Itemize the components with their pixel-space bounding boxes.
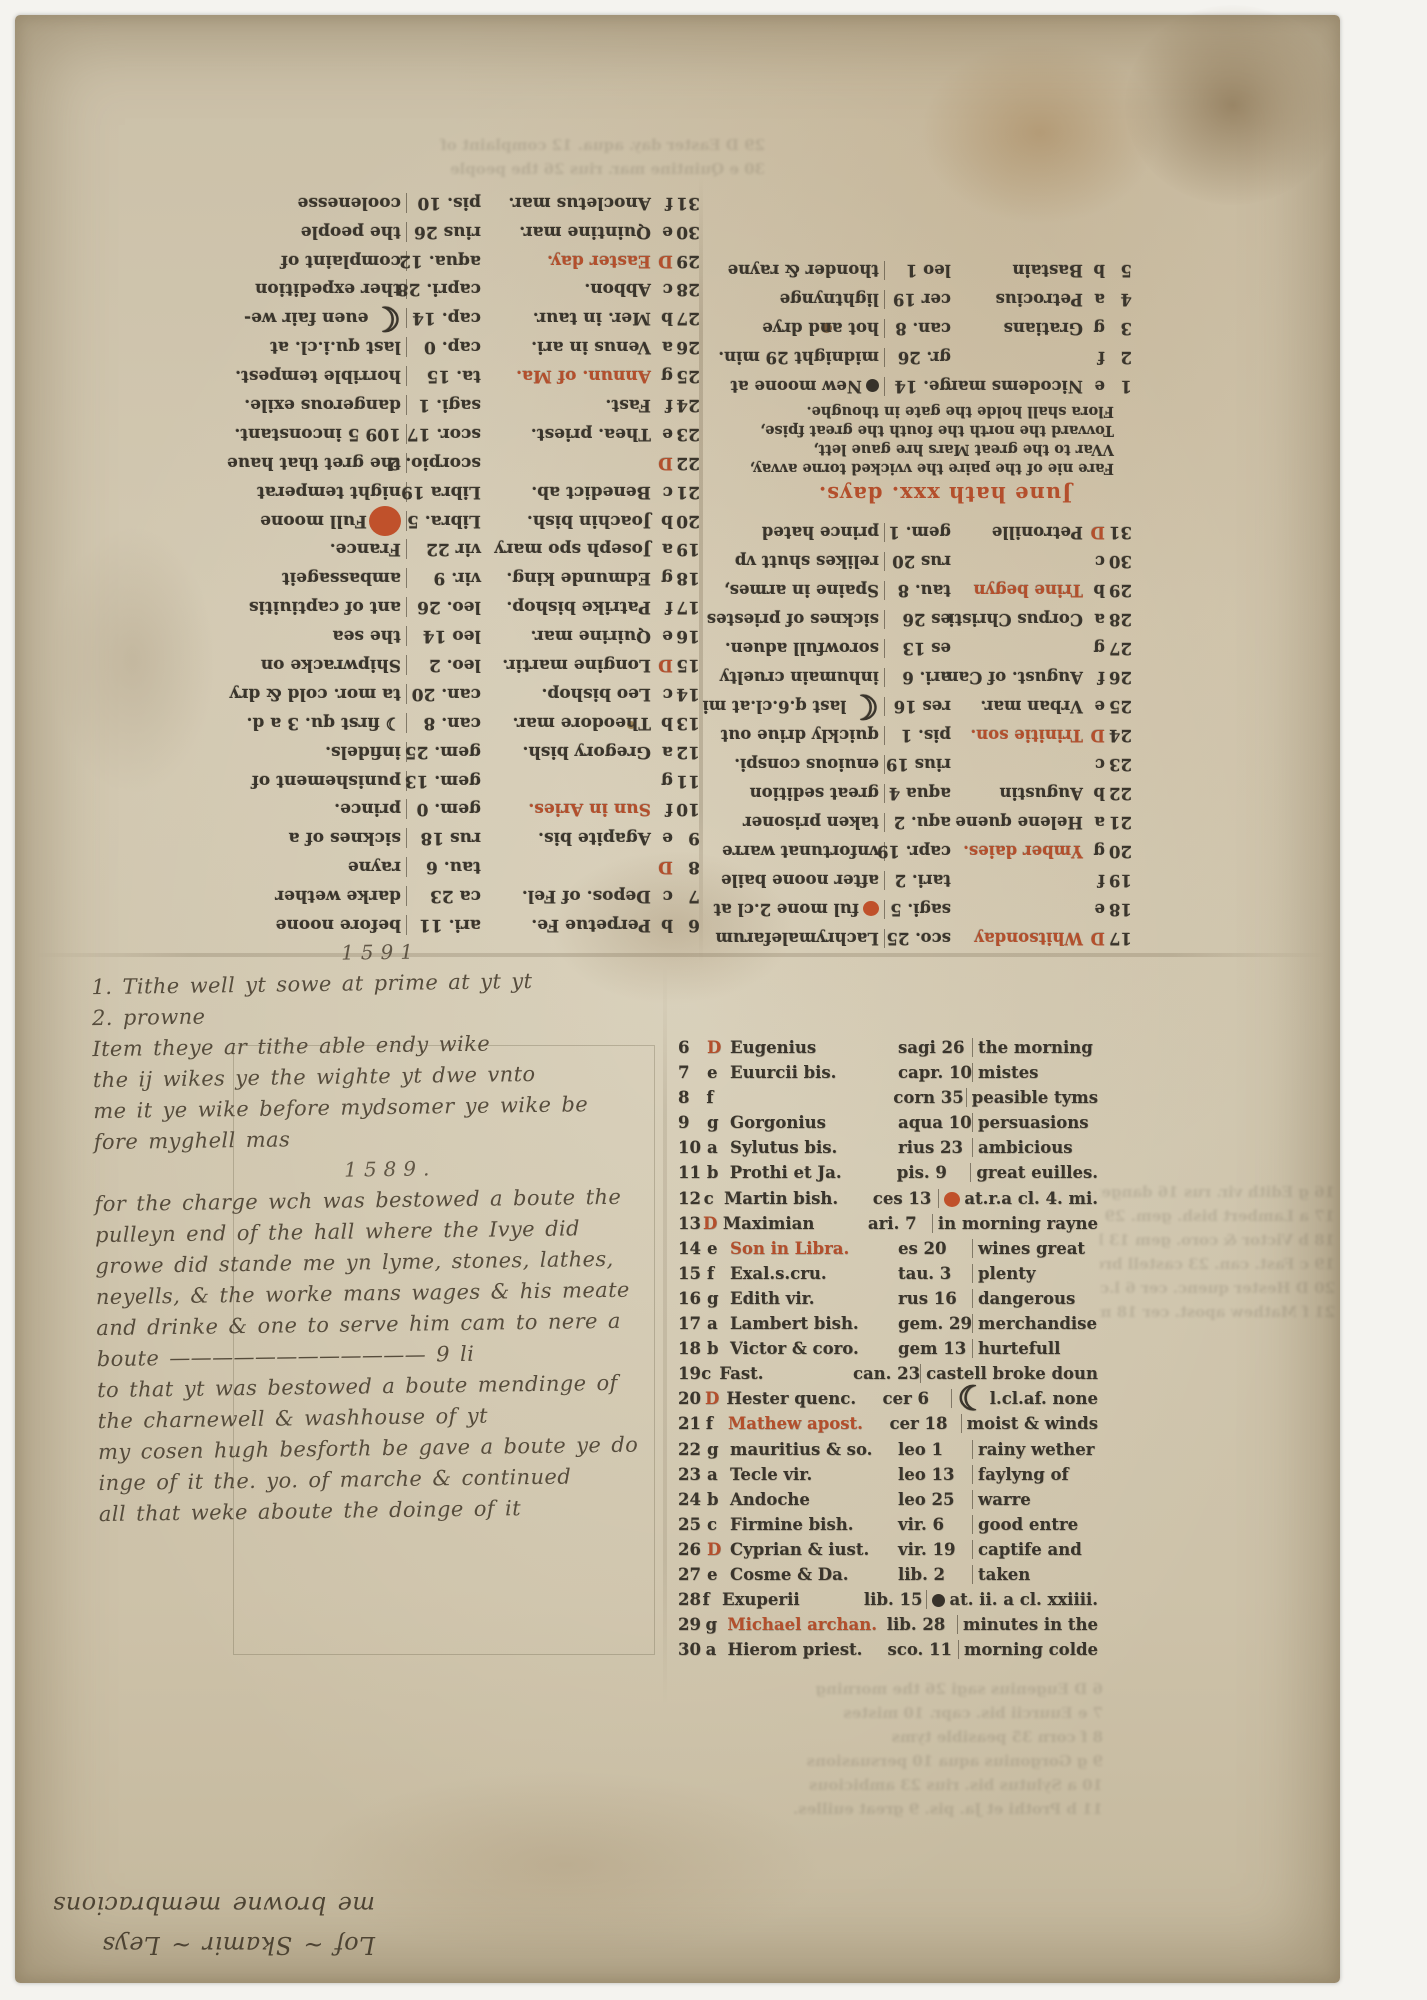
zodiac-degree: leo 14 <box>407 626 481 646</box>
calendar-row: 11bProthi et Ja.pis. 9great euilles. <box>678 1163 1098 1188</box>
day-number: 21 <box>678 1414 706 1433</box>
dominical-letter: e <box>1083 900 1105 919</box>
crescent-moon-icon: ☾ <box>957 1379 987 1419</box>
feast-name: Trinitie son. <box>951 726 1083 745</box>
calendar-row: 23crius 19enuious conspi. <box>700 745 1132 774</box>
feast-name: Edmunde king. <box>481 568 651 588</box>
dominical-letter: g <box>707 1289 730 1308</box>
dominical-letter: c <box>651 684 673 704</box>
day-number: 12 <box>678 1189 704 1208</box>
may-june-calendar-block: 17DWhitsondaysco. 25Lachrymalefarum18esa… <box>700 180 1132 948</box>
day-number: 17 <box>678 1314 707 1333</box>
day-number: 11 <box>673 771 700 791</box>
prognostication: moist & winds <box>961 1414 1098 1433</box>
dominical-letter: e <box>707 1239 730 1258</box>
prognostication: darke wether <box>183 886 407 906</box>
inscription-line: me browne membracions <box>75 1885 375 1925</box>
prognostication: vnfortunat warre <box>700 842 885 861</box>
feast-name: Depos. of Fel. <box>481 886 651 906</box>
parchment-sheet: 29 D Easter day. aqua. 12 complaint of30… <box>15 15 1340 1983</box>
day-number: 5 <box>1105 261 1132 280</box>
dominical-letter: e <box>707 1063 730 1082</box>
zodiac-degree: tau. 8 <box>885 581 951 600</box>
calendar-row: 17fPatrike bishop.leo. 26ant of captiuit… <box>183 588 700 617</box>
calendar-row: 21fMathew apost.cer 18moist & winds <box>678 1414 1098 1439</box>
zodiac-degree: gem. 29 <box>898 1314 972 1333</box>
zodiac-degree: gem. 1 <box>885 523 951 542</box>
day-number: 13 <box>678 1214 703 1233</box>
dominical-letter: b <box>651 511 673 531</box>
show-through-line: 10 a Sylutus bis. rius 23 ambicious <box>623 1773 1103 1797</box>
calendar-row: 18gEdmunde king.vir. 9ambassageit <box>183 559 700 588</box>
zodiac-degree: gem. 25 <box>407 742 481 762</box>
calendar-row: 25cFirmine bish.vir. 6good entre <box>678 1515 1098 1540</box>
calendar-row: 19cFast.can. 23castell broke doun <box>678 1364 1098 1389</box>
calendar-row: 9gGorgoniusaqua 10persuasions <box>678 1113 1098 1138</box>
feast-name: Cyprian & iust. <box>730 1540 898 1559</box>
prognostication: sicknes of priestes <box>700 610 885 629</box>
zodiac-degree: can. 23 <box>853 1364 920 1383</box>
calendar-row: 7cDepos. of Fel.ca 23darke wether <box>183 877 700 906</box>
dominical-letter: g <box>707 1113 730 1132</box>
day-number: 15 <box>673 655 700 675</box>
calendar-row: 27eCosme & Da.lib. 2taken <box>678 1565 1098 1590</box>
dominical-letter: b <box>707 1490 730 1509</box>
day-number: 29 <box>678 1615 706 1634</box>
dominical-letter: g <box>707 1440 730 1459</box>
zodiac-degree: cer 18 <box>890 1414 961 1433</box>
prognostication: captife and <box>972 1540 1098 1559</box>
zodiac-degree: pis. 10 <box>407 193 481 213</box>
zodiac-degree: rius 19 <box>885 755 951 774</box>
calendar-row: 24fFast.sagi. 1dangerous exile. <box>183 386 700 415</box>
zodiac-degree: cer 6 <box>882 1389 951 1408</box>
zodiac-degree: leo 1 <box>898 1440 972 1459</box>
calendar-row: 10fSun in Aries.gem. 0prince. <box>183 791 700 820</box>
prognostication: wines great <box>972 1239 1098 1258</box>
zodiac-degree: ari. 6 <box>885 668 951 687</box>
zodiac-degree: rius 26 <box>407 222 481 242</box>
prognostication: merchandise <box>972 1314 1098 1333</box>
feast-name: Thea. priest. <box>481 424 651 444</box>
dominical-letter: g <box>651 366 673 386</box>
day-number: 30 <box>678 1640 706 1659</box>
feast-name: Easter day. <box>481 251 651 271</box>
calendar-row: 8Dtau. 6rayne <box>183 848 700 877</box>
zodiac-degree: leo 13 <box>898 1465 972 1484</box>
calendar-row: 31DPetronillegem. 1prince hated <box>700 513 1132 542</box>
inscription-line: Lof ~ Skamir ~ Leys <box>75 1925 375 1965</box>
calendar-row: 17DWhitsondaysco. 25Lachrymalefarum <box>700 919 1132 948</box>
dominical-letter: a <box>707 1314 730 1333</box>
prognostication: persuasions <box>972 1113 1098 1132</box>
full-moon-icon <box>369 506 401 536</box>
show-through-line: 9 g Gorgonius aqua 10 persuasions <box>623 1749 1103 1773</box>
zodiac-degree: pis. 1 <box>885 726 951 745</box>
feast-name: Lambert bish. <box>730 1314 898 1333</box>
zodiac-degree: vir. 19 <box>898 1540 972 1559</box>
feast-name: Michael archan. <box>727 1615 886 1634</box>
zodiac-degree: ari. 11 <box>407 915 481 935</box>
calendar-row: 26fAugust. of Can.ari. 6inhumain cruelty <box>700 658 1132 687</box>
zodiac-degree: gem. 13 <box>407 771 481 791</box>
zodiac-degree: rus 16 <box>898 1289 972 1308</box>
zodiac-degree: cer 19 <box>885 290 951 309</box>
calendar-row: 30aHierom priest.sco. 11morning colde <box>678 1640 1098 1665</box>
prognostication: ☾euen fair we- <box>183 308 407 328</box>
prognostication: inhumain cruelty <box>700 668 885 687</box>
day-number: 16 <box>673 626 700 646</box>
dominical-letter: c <box>1083 755 1105 774</box>
dominical-letter: f <box>706 1414 728 1433</box>
feast-name: Maximian <box>723 1214 868 1233</box>
calendar-row: 4aPetrociuscer 19lightnynge <box>700 280 1132 309</box>
day-number: 21 <box>673 482 700 502</box>
september-calendar-block: 6DEugeniussagi 26the morning7eEuurcii bi… <box>678 1038 1098 1668</box>
dominical-letter: D <box>703 1214 723 1233</box>
verso-show-through-bottom: 6 D Eugenius sagi 26 the morning7 e Euur… <box>623 1677 1103 1827</box>
prognostication: morning colde <box>958 1640 1098 1659</box>
feast-name: Benedict ab. <box>481 482 651 502</box>
feast-name: August. of Can. <box>951 668 1083 687</box>
feast-name: Cosme & Da. <box>730 1565 898 1584</box>
calendar-row: 29gMichael archan.lib. 28minutes in the <box>678 1615 1098 1640</box>
dominical-letter: g <box>651 568 673 588</box>
prognostication: ambicious <box>972 1138 1098 1157</box>
calendar-row: 20DHester quenc.cer 6☾l.cl.af. none <box>678 1389 1098 1414</box>
prognostication: prince hated <box>700 523 885 542</box>
prognostication: quickly driue out <box>700 726 885 745</box>
prognostication: rayne <box>183 857 407 877</box>
march-calendar-block: 6bPerpetue Fe.ari. 11before noone7cDepos… <box>183 183 700 935</box>
moon-phase-icon <box>944 1192 960 1207</box>
zodiac-degree: es 13 <box>885 639 951 658</box>
dominical-letter: b <box>651 915 673 935</box>
calendar-row: 31fAnocletus mar.pis. 10coolenesse <box>183 184 700 213</box>
zodiac-degree: rius 23 <box>898 1138 972 1157</box>
zodiac-degree: scorpio. 2 <box>407 453 481 473</box>
day-number: 3 <box>1105 319 1132 338</box>
feast-name: Helene quene <box>951 813 1083 832</box>
prognostication: ambassageit <box>183 568 407 588</box>
dominical-letter: g <box>706 1615 728 1634</box>
calendar-row: 13DMaximianari. 7in morning rayne <box>678 1214 1098 1239</box>
feast-name: Ymber daies. <box>951 842 1083 861</box>
feast-name: Hierom priest. <box>728 1640 888 1659</box>
calendar-row: 26DCyprian & iust.vir. 19captife and <box>678 1540 1098 1565</box>
dominical-letter: e <box>651 626 673 646</box>
day-number: 28 <box>678 1590 703 1609</box>
calendar-row: 26aVenus in ari.cap. 0last qu.i.cl. at <box>183 328 700 357</box>
zodiac-degree: can. 20 <box>407 684 481 704</box>
day-number: 14 <box>678 1239 707 1258</box>
dominical-letter: c <box>707 1515 730 1534</box>
feast-name: Theodore mar. <box>481 713 651 733</box>
day-number: 26 <box>678 1540 707 1559</box>
dominical-letter: e <box>1083 377 1105 396</box>
prognostication: ☾last q.6.cl.at mi <box>700 697 885 716</box>
feast-name: Anocletus mar. <box>481 193 651 213</box>
day-number: 18 <box>678 1339 707 1358</box>
prognostication: Lachrymalefarum <box>700 929 885 948</box>
zodiac-degree: tau. 3 <box>898 1264 972 1283</box>
calendar-row: 29DEaster day.aqua. 12complaint of <box>183 242 700 271</box>
dominical-letter: f <box>703 1590 722 1609</box>
zodiac-degree: sco. 25 <box>885 929 951 948</box>
day-number: 4 <box>1105 290 1132 309</box>
prognostication: mistes <box>972 1063 1098 1082</box>
calendar-row: 14cLeo bishop.can. 20ta mor. cold & dry <box>183 675 700 704</box>
dominical-letter: f <box>1083 668 1105 687</box>
calendar-row: 20gYmber daies.capr. 19vnfortunat warre <box>700 832 1132 861</box>
prognostication: castell broke doun <box>920 1364 1098 1383</box>
feast-name: Mathew apost. <box>728 1414 890 1433</box>
prognostication: the sea <box>183 626 407 646</box>
day-number: 6 <box>678 1038 707 1057</box>
calendar-row: 25eVrban mar.res 16☾last q.6.cl.at mi <box>700 687 1132 716</box>
dominical-letter: a <box>1083 610 1105 629</box>
show-through-line: 16 g Edith vir. rus 16 dangerous <box>1100 1180 1335 1204</box>
dominical-letter: D <box>651 453 673 473</box>
zodiac-degree: ge. 14 <box>885 377 951 396</box>
feast-name: Agapite bis. <box>481 828 651 848</box>
dominical-letter: f <box>651 395 673 415</box>
zodiac-degree: Libra. 5 <box>407 511 481 531</box>
dominical-letter: g <box>1083 842 1105 861</box>
prognostication: warre <box>972 1490 1098 1509</box>
crescent-moon-icon: ☾ <box>849 686 879 726</box>
dominical-letter: g <box>1083 639 1105 658</box>
prognostication: ful mone 2.cl at <box>700 900 885 919</box>
show-through-line: 7 e Euurcii bis. capr. 10 mistes <box>623 1701 1103 1725</box>
zodiac-degree: leo. 2 <box>407 655 481 675</box>
new-moon-icon <box>932 1594 945 1607</box>
feast-name: Joseph spo mary <box>481 539 651 559</box>
calendar-row: 13bTheodore mar.can. 8☽ first qu. 3 a d. <box>183 704 700 733</box>
zodiac-degree: scor. 17 <box>407 424 481 444</box>
day-number: 24 <box>673 395 700 415</box>
dominical-letter: c <box>651 279 673 299</box>
calendar-row: 3gGratianscan. 8hot and drye <box>700 309 1132 338</box>
calendar-row: 29bTrine begyntau. 8Spaine in armes, <box>700 571 1132 600</box>
prognostication: Spaine in armes, <box>700 581 885 600</box>
prognostication: minutes in the <box>957 1615 1098 1634</box>
prognostication: ant of captiuitis <box>183 597 407 617</box>
feast-name: Mer. in taur. <box>481 308 651 328</box>
day-number: 29 <box>1105 581 1132 600</box>
prognostication: the gret that haue <box>183 453 407 473</box>
calendar-row: 18bVictor & coro.gem 13hurtefull <box>678 1339 1098 1364</box>
dominical-letter: b <box>1083 581 1105 600</box>
feast-name: Fast. <box>719 1364 853 1383</box>
zodiac-degree: leo 1 <box>885 261 951 280</box>
dominical-letter: b <box>707 1339 730 1358</box>
zodiac-degree: sagi. 1 <box>407 395 481 415</box>
day-number: 22 <box>1105 784 1132 803</box>
calendar-row: 28aCorpus Christies 26sicknes of prieste… <box>700 600 1132 629</box>
calendar-row: 30crus 20relikes shutt vp <box>700 542 1132 571</box>
calendar-row: 11ggem. 13punishement of <box>183 762 700 791</box>
day-number: 23 <box>673 424 700 444</box>
day-number: 9 <box>678 1113 707 1132</box>
calendar-row: 28fExuperiilib. 15at. ii. a cl. xxiiii. <box>678 1590 1098 1615</box>
feast-name: Exal.s.cru. <box>730 1264 898 1283</box>
day-number: 10 <box>673 799 700 819</box>
dominical-letter: a <box>651 337 673 357</box>
dominical-letter: f <box>651 597 673 617</box>
zodiac-degree: gem. 0 <box>407 799 481 819</box>
prognostication: the people <box>183 222 407 242</box>
prognostication: horrible tempest. <box>183 366 407 386</box>
day-number: 31 <box>1105 523 1132 542</box>
day-number: 27 <box>678 1565 707 1584</box>
calendar-row: 27ges 13sorowfull aduen. <box>700 629 1132 658</box>
dominical-letter: D <box>651 857 673 877</box>
calendar-row: 19ftari. 2after noone baile <box>700 861 1132 890</box>
dominical-letter: c <box>704 1189 724 1208</box>
dominical-letter: a <box>706 1640 728 1659</box>
feast-name: Leo bishop. <box>481 684 651 704</box>
zodiac-degree: leo. 26 <box>407 597 481 617</box>
calendar-row: 21aHelene queneaqu. 2taken prisoner <box>700 803 1132 832</box>
zodiac-degree: aqua 10 <box>898 1113 972 1132</box>
almanac-scan-page: { "document": { "kind": "early printed a… <box>0 0 1427 2000</box>
prognostication: hurtefull <box>972 1339 1098 1358</box>
day-number: 24 <box>1105 726 1132 745</box>
feast-name: Prothi et Ja. <box>730 1163 897 1182</box>
feast-name: Longine martir. <box>481 655 651 675</box>
prognostication: taken <box>972 1565 1098 1584</box>
show-through-line: 8 f corn 35 peasible tyms <box>623 1725 1103 1749</box>
day-number: 19 <box>673 539 700 559</box>
prognostication: ☾l.cl.af. none <box>951 1389 1098 1408</box>
day-number: 19 <box>1105 871 1132 890</box>
prognostication: lightnynge <box>700 290 885 309</box>
calendar-row: 22bAugustinaqua 4great sedition <box>700 774 1132 803</box>
prognostication: in morning rayne <box>932 1214 1098 1233</box>
day-number: 19 <box>678 1364 701 1383</box>
zodiac-degree: lib. 28 <box>887 1615 957 1634</box>
calendar-row: 15DLongine martir.leo. 2Shipwracke on <box>183 646 700 675</box>
zodiac-degree: es 26 <box>885 610 951 629</box>
prognostication: coolenesse <box>183 193 407 213</box>
day-number: 25 <box>1105 697 1132 716</box>
dominical-letter: D <box>651 251 673 271</box>
feast-name: Augustin <box>951 784 1083 803</box>
show-through-line: 18 b Victor & coro. gem 13 hurtefull <box>1100 1228 1335 1252</box>
prognostication: thonder & rayne <box>700 261 885 280</box>
day-number: 18 <box>1105 900 1132 919</box>
feast-name: Fast. <box>481 395 651 415</box>
day-number: 9 <box>673 828 700 848</box>
verso-show-through-top: 29 D Easter day. aqua. 12 complaint of30… <box>185 133 765 189</box>
dominical-letter: a <box>651 742 673 762</box>
zodiac-degree: capri. 28 <box>407 279 481 299</box>
day-number: 23 <box>678 1465 707 1484</box>
calendar-row: 27bMer. in taur.cap. 14☾euen fair we- <box>183 299 700 328</box>
zodiac-degree: lib. 15 <box>864 1590 927 1609</box>
zodiac-degree: sagi. 5 <box>885 900 951 919</box>
day-number: 23 <box>1105 755 1132 774</box>
calendar-row: 24bAndocheleo 25warre <box>678 1490 1098 1515</box>
day-number: 17 <box>1105 929 1132 948</box>
feast-name: Annun. of Ma. <box>481 366 651 386</box>
june-month-header: June hath xxx. days. <box>700 482 1072 507</box>
calendar-row: 7eEuurcii bis.capr. 10mistes <box>678 1063 1098 1088</box>
zodiac-degree: gem 13 <box>898 1339 972 1358</box>
dominical-letter: D <box>651 655 673 675</box>
calendar-row: 1eNicodems mar.ge. 14New moone at <box>700 367 1132 396</box>
feast-name: Trine begyn <box>951 581 1083 600</box>
dominical-letter: f <box>707 1264 730 1283</box>
show-through-line: 17 a Lambert bish. gem. 29 merchandise <box>1100 1204 1335 1228</box>
prognostication: 109 5 inconstant. <box>183 424 407 444</box>
calendar-row: 28cAbbon.capri. 28ther expedition <box>183 271 700 300</box>
zodiac-degree: leo 25 <box>898 1490 972 1509</box>
prognostication: Full moone <box>183 511 407 531</box>
feast-name: Euurcii bis. <box>730 1063 898 1082</box>
calendar-row: 10aSylutus bis.rius 23ambicious <box>678 1138 1098 1163</box>
day-number: 12 <box>673 742 700 762</box>
dominical-letter: a <box>1083 813 1105 832</box>
crescent-moon-icon: ☾ <box>371 298 401 338</box>
calendar-row: 23aTecle vir.leo 13faylyng of <box>678 1465 1098 1490</box>
dominical-letter: b <box>1083 261 1105 280</box>
dominical-letter: b <box>1083 784 1105 803</box>
calendar-row: 12aGregory bish.gem. 25infidels. <box>183 733 700 762</box>
calendar-row: 17aLambert bish.gem. 29merchandise <box>678 1314 1098 1339</box>
dominical-letter: e <box>651 222 673 242</box>
zodiac-degree: res 16 <box>885 697 951 716</box>
zodiac-degree: can. 8 <box>407 713 481 733</box>
feast-name: Hester quenc. <box>726 1389 882 1408</box>
zodiac-degree: pis. 9 <box>897 1163 971 1182</box>
verso-show-through-right: 16 g Edith vir. rus 16 dangerous17 a Lam… <box>1100 1180 1335 1340</box>
prognostication: before noone <box>183 915 407 935</box>
day-number: 2 <box>1105 348 1132 367</box>
zodiac-degree: tari. 2 <box>885 871 951 890</box>
zodiac-degree: ari. 7 <box>868 1214 932 1233</box>
dominical-letter: f <box>1083 348 1105 367</box>
dominical-letter: f <box>706 1088 729 1107</box>
feast-name: Vrban mar. <box>951 697 1083 716</box>
june-verse-line: Fare nie of the paire the vvicked torne … <box>700 459 1114 478</box>
prognostication: rainy wether <box>972 1440 1098 1459</box>
calendar-row: 5bBastainleo 1thonder & rayne <box>700 251 1132 280</box>
feast-name: Andoche <box>730 1490 898 1509</box>
feast-name: Petrocius <box>951 290 1083 309</box>
feast-name: mauritius & so. <box>730 1440 898 1459</box>
zodiac-degree: aqua. 12 <box>407 251 481 271</box>
calendar-row: 6DEugeniussagi 26the morning <box>678 1038 1098 1063</box>
prognostication: good entre <box>972 1515 1098 1534</box>
day-number: 22 <box>678 1440 707 1459</box>
prognostication: France. <box>183 539 407 559</box>
day-number: 25 <box>678 1515 707 1534</box>
feast-name: Gorgonius <box>730 1113 898 1132</box>
dominical-letter: b <box>651 308 673 328</box>
feast-name: Exuperii <box>722 1590 864 1609</box>
day-number: 7 <box>673 886 700 906</box>
day-number: 30 <box>673 222 700 242</box>
feast-name: Perpetue Fe. <box>481 915 651 935</box>
show-through-line: 19 c Fast. can. 23 castell broke doun <box>1100 1252 1335 1276</box>
prognostication: punishement of <box>183 771 407 791</box>
zodiac-degree: gr. 26 <box>885 348 951 367</box>
calendar-row: 23eThea. priest.scor. 17109 5 inconstant… <box>183 415 700 444</box>
prognostication: peasible tyms <box>966 1088 1098 1107</box>
june-verse-line: Tovvard the north the fouth the great fp… <box>700 421 1114 440</box>
